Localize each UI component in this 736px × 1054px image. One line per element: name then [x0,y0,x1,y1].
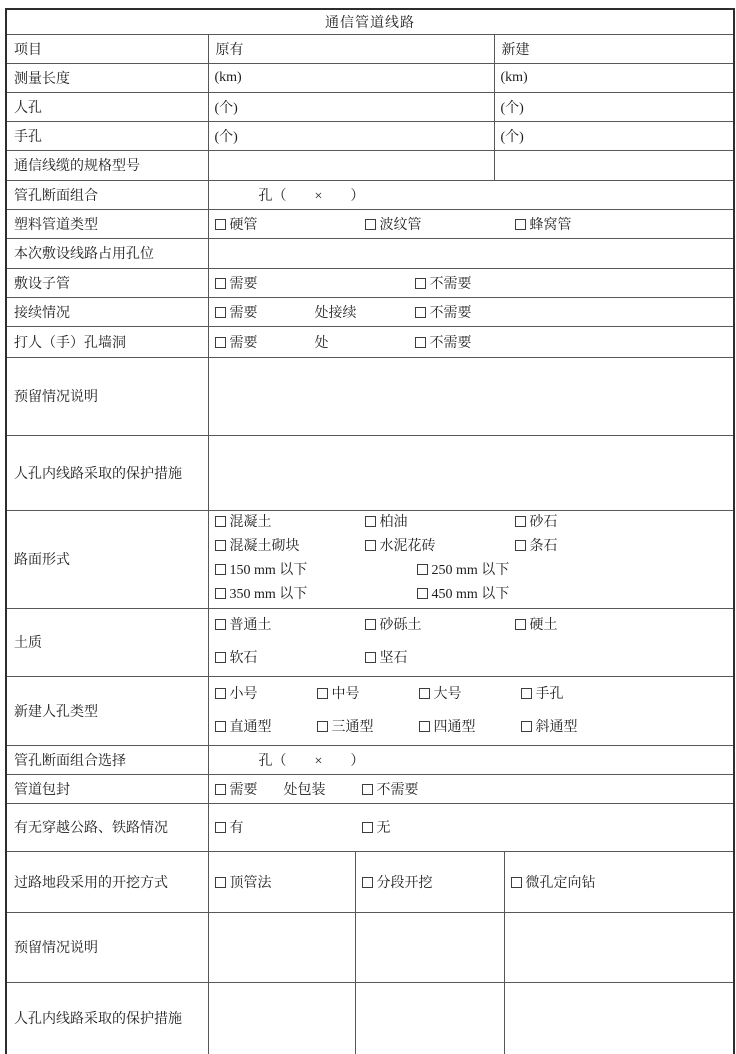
checkbox-icon [417,588,428,599]
new-value: (个) [494,92,734,121]
empty-cell [355,982,504,1054]
checkbox-icon [365,219,376,230]
checkbox-option: 斜通型 [521,711,578,744]
checkbox-icon [215,588,226,599]
existing-value [208,150,494,180]
checkbox-icon [515,540,526,551]
option-label: 水泥花砖 [380,539,436,554]
row-label: 管孔断面组合选择 [6,745,208,774]
checkbox-option: 150 mm 以下 [215,559,417,583]
checkbox-option: 坚石 [365,642,408,675]
option-label: 条石 [530,539,558,554]
header-new: 新建 [494,34,734,63]
checkbox-option: 无 [362,817,391,837]
row-label: 本次敷设线路占用孔位 [6,238,208,268]
row-label: 管孔断面组合 [6,180,208,209]
row-protection-1: 人孔内线路采取的保护措施 [6,435,734,510]
existing-value: (个) [208,121,494,150]
option-line: 350 mm 以下450 mm 以下 [215,583,732,607]
row-label: 通信线缆的规格型号 [6,150,208,180]
checkbox-icon [215,721,226,732]
options-cell: 硬管波纹管蜂窝管 [208,209,734,238]
fill-in-text: 处接续 [315,302,415,322]
checkbox-option: 波纹管 [365,214,515,234]
row-cable-spec: 通信线缆的规格型号 [6,150,734,180]
empty-cell [208,912,355,982]
row-new-manhole-type: 新建人孔类型 小号中号大号手孔 直通型三通型四通型斜通型 [6,676,734,745]
option-line: 混凝土砌块水泥花砖条石 [215,535,732,559]
row-label: 有无穿越公路、铁路情况 [6,803,208,851]
row-label: 预留情况说明 [6,357,208,435]
row-label: 敷设子管 [6,268,208,297]
table-title: 通信管道线路 [6,9,734,34]
checkbox-option: 不需要 [415,273,472,293]
checkbox-icon [417,564,428,575]
option-label: 直通型 [230,720,272,735]
options-cell: 需要处不需要 [208,326,734,357]
checkbox-option: 需要 [215,273,315,293]
checkbox-option: 中号 [317,678,419,711]
checkbox-icon [215,278,226,289]
empty-cell [504,912,734,982]
row-label: 测量长度 [6,63,208,92]
row-crossing: 有无穿越公路、铁路情况 有无 [6,803,734,851]
option-label: 三通型 [332,720,374,735]
row-label: 打人（手）孔墙洞 [6,326,208,357]
checkbox-icon [415,337,426,348]
existing-value: (km) [208,63,494,92]
fill-in-text: 处 [315,332,415,352]
row-manhole: 人孔 (个) (个) [6,92,734,121]
checkbox-icon [365,652,376,663]
option-label: 斜通型 [536,720,578,735]
option-label: 砂石 [530,515,558,530]
options-cell: 顶管法 [208,851,355,912]
new-value [494,150,734,180]
checkbox-option: 需要 [215,332,315,352]
option-label: 柏油 [380,515,408,530]
options-cell: 需要处包装不需要 [208,774,734,803]
row-label: 过路地段采用的开挖方式 [6,851,208,912]
option-line: 直通型三通型四通型斜通型 [215,711,732,744]
fill-in-value: 孔（ × ） [208,745,734,774]
checkbox-option: 微孔定向钻 [511,872,596,892]
options-cell: 需要不需要 [208,268,734,297]
communication-pipeline-table: 通信管道线路 项目 原有 新建 测量长度 (km) (km) 人孔 (个) (个… [5,8,735,1054]
checkbox-icon [362,822,373,833]
option-label: 四通型 [434,720,476,735]
checkbox-icon [419,688,430,699]
checkbox-option: 不需要 [415,332,472,352]
options-cell: 有无 [208,803,734,851]
checkbox-option: 砂砾土 [365,609,515,642]
new-value: (km) [494,63,734,92]
option-line: 混凝土柏油砂石 [215,511,732,535]
checkbox-icon [515,619,526,630]
checkbox-option: 硬管 [215,214,365,234]
checkbox-icon [215,822,226,833]
checkbox-option: 四通型 [419,711,521,744]
checkbox-icon [365,619,376,630]
checkbox-option: 需要 [215,779,284,799]
row-label: 路面形式 [6,510,208,608]
row-reserve-note-1: 预留情况说明 [6,357,734,435]
options-cell: 小号中号大号手孔 直通型三通型四通型斜通型 [208,676,734,745]
fill-in-text: 处包装 [284,779,362,799]
header-existing: 原有 [208,34,494,63]
checkbox-icon [215,784,226,795]
options-cell: 普通土砂砾土硬土 软石坚石 [208,608,734,676]
checkbox-option: 不需要 [362,779,419,799]
option-label: 顶管法 [230,876,272,891]
options-cell: 微孔定向钻 [504,851,734,912]
checkbox-icon [521,721,532,732]
row-label: 人孔内线路采取的保护措施 [6,982,208,1054]
fill-in-value [208,238,734,268]
option-label: 不需要 [430,277,472,292]
checkbox-option: 砂石 [515,511,558,535]
fill-in-value: 孔（ × ） [208,180,734,209]
option-label: 分段开挖 [377,876,433,891]
row-protection-2: 人孔内线路采取的保护措施 [6,982,734,1054]
checkbox-option: 三通型 [317,711,419,744]
empty-cell [208,982,355,1054]
option-label: 混凝土砌块 [230,539,300,554]
checkbox-icon [362,784,373,795]
row-sub-duct: 敷设子管 需要不需要 [6,268,734,297]
option-label: 坚石 [380,651,408,666]
row-label: 接续情况 [6,297,208,326]
checkbox-option: 分段开挖 [362,872,433,892]
checkbox-option: 需要 [215,302,315,322]
checkbox-option: 350 mm 以下 [215,583,417,607]
checkbox-option: 条石 [515,535,558,559]
row-reserve-note-2: 预留情况说明 [6,912,734,982]
checkbox-icon [215,564,226,575]
row-duct-combo: 管孔断面组合 孔（ × ） [6,180,734,209]
option-label: 需要 [230,306,258,321]
option-line: 小号中号大号手孔 [215,678,732,711]
checkbox-icon [419,721,430,732]
option-label: 硬管 [230,218,258,233]
checkbox-icon [365,540,376,551]
option-label: 需要 [230,277,258,292]
empty-cell [355,912,504,982]
checkbox-icon [215,688,226,699]
option-label: 不需要 [377,783,419,798]
checkbox-option: 水泥花砖 [365,535,515,559]
checkbox-icon [415,278,426,289]
checkbox-icon [215,516,226,527]
option-label: 硬土 [530,618,558,633]
options-cell: 分段开挖 [355,851,504,912]
checkbox-icon [215,219,226,230]
option-label: 普通土 [230,618,272,633]
title-row: 通信管道线路 [6,9,734,34]
checkbox-icon [215,877,226,888]
checkbox-icon [215,337,226,348]
row-handhole: 手孔 (个) (个) [6,121,734,150]
header-item: 项目 [6,34,208,63]
checkbox-option: 250 mm 以下 [417,559,510,583]
option-label: 有 [230,821,244,836]
row-soil: 土质 普通土砂砾土硬土 软石坚石 [6,608,734,676]
row-label: 塑料管道类型 [6,209,208,238]
checkbox-icon [215,540,226,551]
header-row: 项目 原有 新建 [6,34,734,63]
scanned-form-page: 通信管道线路 项目 原有 新建 测量长度 (km) (km) 人孔 (个) (个… [0,0,736,1054]
checkbox-option: 有 [215,817,362,837]
checkbox-icon [317,688,328,699]
row-wall-hole: 打人（手）孔墙洞 需要处不需要 [6,326,734,357]
option-label: 微孔定向钻 [526,876,596,891]
fill-in-value [208,435,734,510]
option-label: 需要 [230,336,258,351]
row-plastic-type: 塑料管道类型 硬管波纹管蜂窝管 [6,209,734,238]
fill-in-value [208,357,734,435]
checkbox-option: 小号 [215,678,317,711]
checkbox-icon [365,516,376,527]
row-measure-length: 测量长度 (km) (km) [6,63,734,92]
option-label: 不需要 [430,306,472,321]
row-label: 管道包封 [6,774,208,803]
checkbox-icon [215,619,226,630]
option-label: 需要 [230,783,258,798]
option-label: 中号 [332,687,360,702]
option-line: 普通土砂砾土硬土 [215,609,732,642]
option-label: 大号 [434,687,462,702]
existing-value: (个) [208,92,494,121]
checkbox-option: 硬土 [515,609,558,642]
option-label: 砂砾土 [380,618,422,633]
checkbox-option: 手孔 [521,678,564,711]
option-line: 软石坚石 [215,642,732,675]
checkbox-icon [215,652,226,663]
row-occupied-holes: 本次敷设线路占用孔位 [6,238,734,268]
checkbox-option: 混凝土砌块 [215,535,365,559]
option-label: 波纹管 [380,218,422,233]
checkbox-icon [415,307,426,318]
row-label: 土质 [6,608,208,676]
option-label: 无 [377,821,391,836]
checkbox-icon [215,307,226,318]
checkbox-option: 顶管法 [215,872,272,892]
checkbox-icon [515,219,526,230]
checkbox-icon [511,877,522,888]
options-cell: 需要处接续不需要 [208,297,734,326]
checkbox-option: 不需要 [415,302,472,322]
option-label: 蜂窝管 [530,218,572,233]
checkbox-icon [521,688,532,699]
row-excavation: 过路地段采用的开挖方式 顶管法 分段开挖 微孔定向钻 [6,851,734,912]
row-duct-seal: 管道包封 需要处包装不需要 [6,774,734,803]
empty-cell [504,982,734,1054]
row-pavement: 路面形式 混凝土柏油砂石 混凝土砌块水泥花砖条石 150 mm 以下250 mm… [6,510,734,608]
checkbox-option: 混凝土 [215,511,365,535]
option-label: 350 mm 以下 [230,587,308,602]
option-label: 150 mm 以下 [230,563,308,578]
new-value: (个) [494,121,734,150]
checkbox-option: 直通型 [215,711,317,744]
row-label: 人孔内线路采取的保护措施 [6,435,208,510]
row-label: 人孔 [6,92,208,121]
checkbox-icon [362,877,373,888]
checkbox-option: 大号 [419,678,521,711]
row-label: 新建人孔类型 [6,676,208,745]
option-label: 450 mm 以下 [432,587,510,602]
checkbox-option: 软石 [215,642,365,675]
option-label: 手孔 [536,687,564,702]
option-label: 250 mm 以下 [432,563,510,578]
option-line: 150 mm 以下250 mm 以下 [215,559,732,583]
checkbox-icon [317,721,328,732]
checkbox-option: 蜂窝管 [515,214,572,234]
option-label: 小号 [230,687,258,702]
option-label: 混凝土 [230,515,272,530]
row-duct-combo-select: 管孔断面组合选择 孔（ × ） [6,745,734,774]
row-label: 预留情况说明 [6,912,208,982]
checkbox-option: 450 mm 以下 [417,583,510,607]
checkbox-option: 普通土 [215,609,365,642]
checkbox-option: 柏油 [365,511,515,535]
option-label: 软石 [230,651,258,666]
row-splice: 接续情况 需要处接续不需要 [6,297,734,326]
checkbox-icon [515,516,526,527]
options-cell: 混凝土柏油砂石 混凝土砌块水泥花砖条石 150 mm 以下250 mm 以下 3… [208,510,734,608]
row-label: 手孔 [6,121,208,150]
option-label: 不需要 [430,336,472,351]
